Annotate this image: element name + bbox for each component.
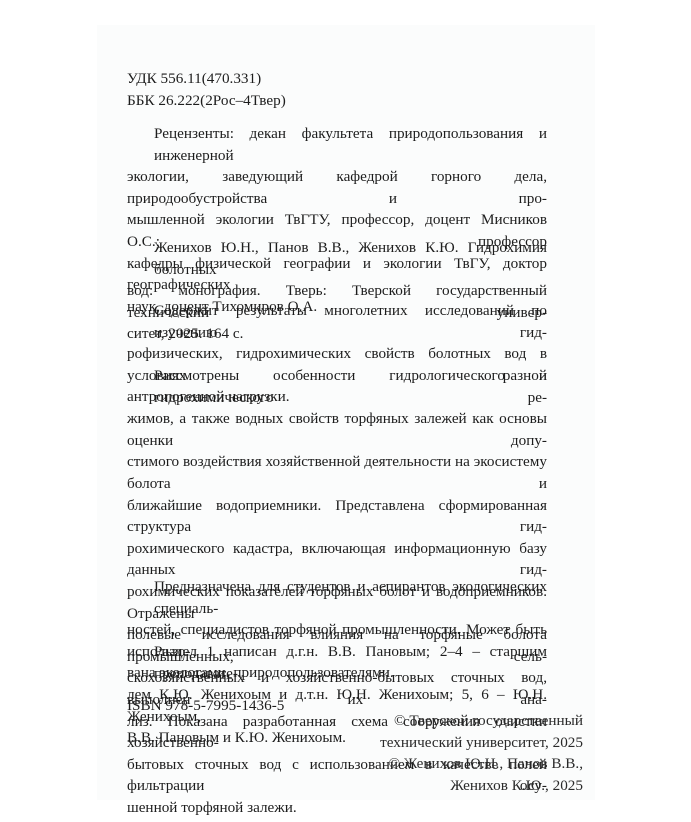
abstract-line: ближайшие водоприемники. Представлена сф… xyxy=(127,495,547,538)
abstract-line: жимов, а также водных свойств торфяных з… xyxy=(127,408,547,451)
book-page: УДК 556.11(470.331) ББК 26.222(2Рос–4Тве… xyxy=(97,25,595,800)
abstract-line: Рассмотрены особенности гидрологического… xyxy=(127,365,547,408)
classification-block: УДК 556.11(470.331) ББК 26.222(2Рос–4Тве… xyxy=(127,68,547,111)
reviewers-line: экологии, заведующий кафедрой горного де… xyxy=(127,166,547,209)
copyright-line: технический университет, 2025 xyxy=(380,732,583,754)
copyright-line: Женихов К.Ю., 2025 xyxy=(380,775,583,797)
udk-code: УДК 556.11(470.331) xyxy=(127,68,547,90)
abstract-line: стимого воздействия хозяйственной деятел… xyxy=(127,451,547,494)
authorship-line: Раздел 1 написан д.г.н. В.В. Пановым; 2–… xyxy=(127,641,547,684)
abstract-line: рохимического кадастра, включающая инфор… xyxy=(127,538,547,581)
copyright-line: © Тверской государственный xyxy=(380,710,583,732)
copyright-block: © Тверской государственный технический у… xyxy=(380,710,583,796)
audience-line: Предназначена для студентов и аспирантов… xyxy=(127,576,547,619)
reviewers-line: Рецензенты: декан факультета природополь… xyxy=(127,123,547,166)
copyright-line: © Женихов Ю.Н., Панов В.В., xyxy=(380,753,583,775)
abstract-line: шенной торфяной залежи. xyxy=(127,797,547,819)
isbn: ISBN 978-5-7995-1436-5 xyxy=(127,697,284,715)
citation-line: Женихов Ю.Н., Панов В.В., Женихов К.Ю. Г… xyxy=(127,237,547,280)
bbk-code: ББК 26.222(2Рос–4Твер) xyxy=(127,90,547,112)
abstract-line: Содержит результаты многолетних исследов… xyxy=(127,300,547,343)
